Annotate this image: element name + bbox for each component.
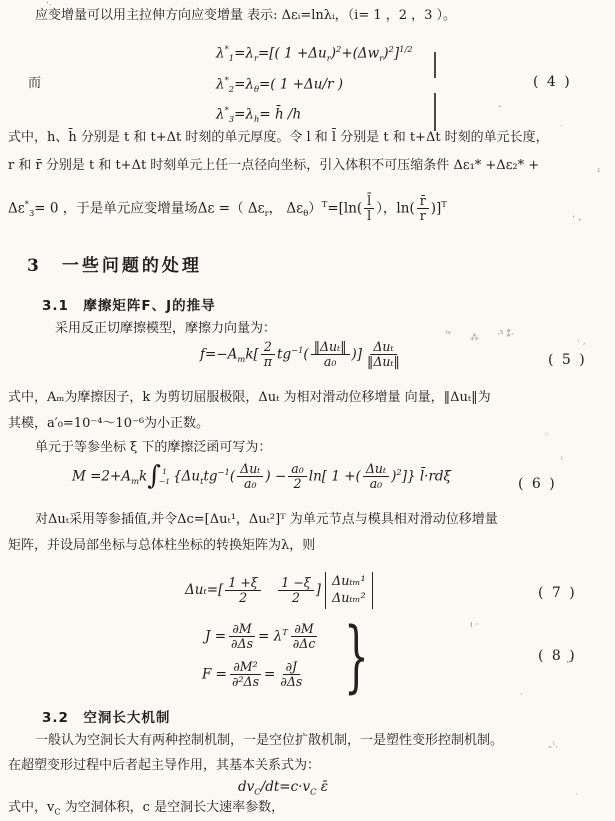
paragraph-strain-increment: 应变增量可以用主拉伸方向应变增量 表示: Δεᵢ=lnλᵢ，（i= 1 ，2 ，… (35, 8, 456, 24)
scan-noise: · (575, 790, 578, 800)
equation-5-label: ( 5 ) (548, 352, 587, 368)
scan-noise: · , (572, 212, 582, 223)
paragraph-eq5-explain-line2: 其模，a′₀=10⁻⁴～10⁻⁶为小正数。 (8, 416, 209, 432)
paragraph-functional-intro: 单元于等参坐标 ξ 下的摩擦泛函可写为： (35, 440, 271, 456)
paragraph-eq5-explain-line1: 式中，Aₘ为摩擦因子，k 为剪切屈服极限，Δuₜ 为相对滑动位移增量 向量，‖Δ… (8, 390, 491, 406)
scan-noise: ⁂ (470, 333, 479, 343)
equation-7-label: ( 7 ) (538, 585, 577, 601)
equation-4-row1: λ*1=λr=[( 1 +Δur)2+(Δwr)2]1/2 (216, 44, 413, 63)
scan-noise: „ı (566, 655, 573, 665)
equation-6: M =2+Amk∫1−1{Δuttg−1(Δuₜa₀) −a₀2ln[ 1 +(… (72, 462, 451, 492)
section-3-2-heading: 3.2 空洞长大机制 (42, 710, 170, 726)
paragraph-interpolation-line1: 对Δuₜ采用等参插值,并令Δc=[Δuₜ¹，Δuₜ²]ᵀ 为单元节点与模具相对滑… (35, 512, 498, 528)
paragraph-interpolation-line2: 矩阵，并设局部坐标与总体柱坐标的转换矩阵为λ，则 (8, 538, 315, 554)
equation-4-row2: λ*2=λθ=( 1 +Δu/r ) (216, 75, 343, 94)
paragraph-void-growth-line1: 一般认为空洞长大有两种控制机制，一是空位扩散机制，一是塑性变形控制机制。 (35, 733, 503, 749)
paragraph-void-growth-line2: 在超塑变形过程中后者起主导作用，其基本关系式为： (8, 758, 320, 774)
scan-artifact-line (434, 52, 436, 78)
scan-noise: · (520, 690, 523, 700)
equation-5: f=−Amk[2πtg−1(‖Δuₜ‖a₀)]Δuₜ‖Δuₜ‖ (200, 340, 405, 370)
scan-noise: ·⁵ ⁑· (497, 330, 514, 340)
scan-noise: ı · (470, 620, 478, 630)
scan-noise: „¹, (548, 740, 558, 749)
paragraph-void-volume-note: 式中，vC 为空洞体积，c 是空洞长大速率参数， (8, 800, 284, 817)
scan-noise: ¹ (597, 168, 601, 178)
scan-artifact-line (434, 93, 436, 131)
scan-noise: ⁘ (543, 430, 550, 439)
equation-7: Δuₜ=[1 +ξ2 1 −ξ2]Δuₜₘ¹Δuₜₘ² (185, 572, 373, 609)
equation-8-brace: } (344, 618, 369, 696)
equation-4-row3: λ*3=λh= h̄ /h (216, 105, 301, 124)
paragraph-eq4-explain-line2: r 和 r̄ 分别是 t 和 t+Δt 时刻单元上任一点径向坐标，引入体积不可压… (8, 158, 539, 174)
equation-void-growth: dvC/dt=c·vC ε̄ (238, 779, 328, 797)
scan-noise: · , (577, 337, 586, 347)
equation-8-row2: F =∂M²∂²Δs=∂J∂Δs (202, 660, 307, 690)
scan-noise: · (560, 122, 563, 132)
scan-noise: · (498, 100, 502, 113)
scan-noise: ʻ· (46, 1, 52, 11)
section-3-heading: 3 一些问题的处理 (27, 256, 202, 276)
paragraph-eq4-explain-line3: Δε*3= 0 ，于是单元应变增量场Δε =（ Δεr， Δεθ）T=[ln(l… (8, 194, 447, 224)
connector-word-er: 而 (28, 76, 41, 92)
scan-noise: ᴵᵛ (446, 330, 451, 340)
equation-4-label: ( 4 ) (533, 74, 572, 90)
scanned-paper-page: 应变增量可以用主拉伸方向应变增量 表示: Δεᵢ=lnλᵢ，（i= 1 ，2 ，… (0, 0, 615, 821)
section-3-1-heading: 3.1 摩擦矩阵F、J的推导 (42, 298, 216, 314)
equation-8-row1: J =∂M∂Δs= λT∂M∂Δc (205, 622, 320, 652)
scan-noise: ¹ (560, 455, 563, 464)
paragraph-friction-model-intro: 采用反正切摩擦模型，摩擦力向量为： (55, 321, 276, 337)
equation-6-label: ( 6 ) (518, 476, 557, 492)
paragraph-eq4-explain-line1: 式中，h、h̄ 分别是 t 和 t+Δt 时刻的单元厚度。令 l 和 l̄ 分别… (8, 130, 549, 146)
